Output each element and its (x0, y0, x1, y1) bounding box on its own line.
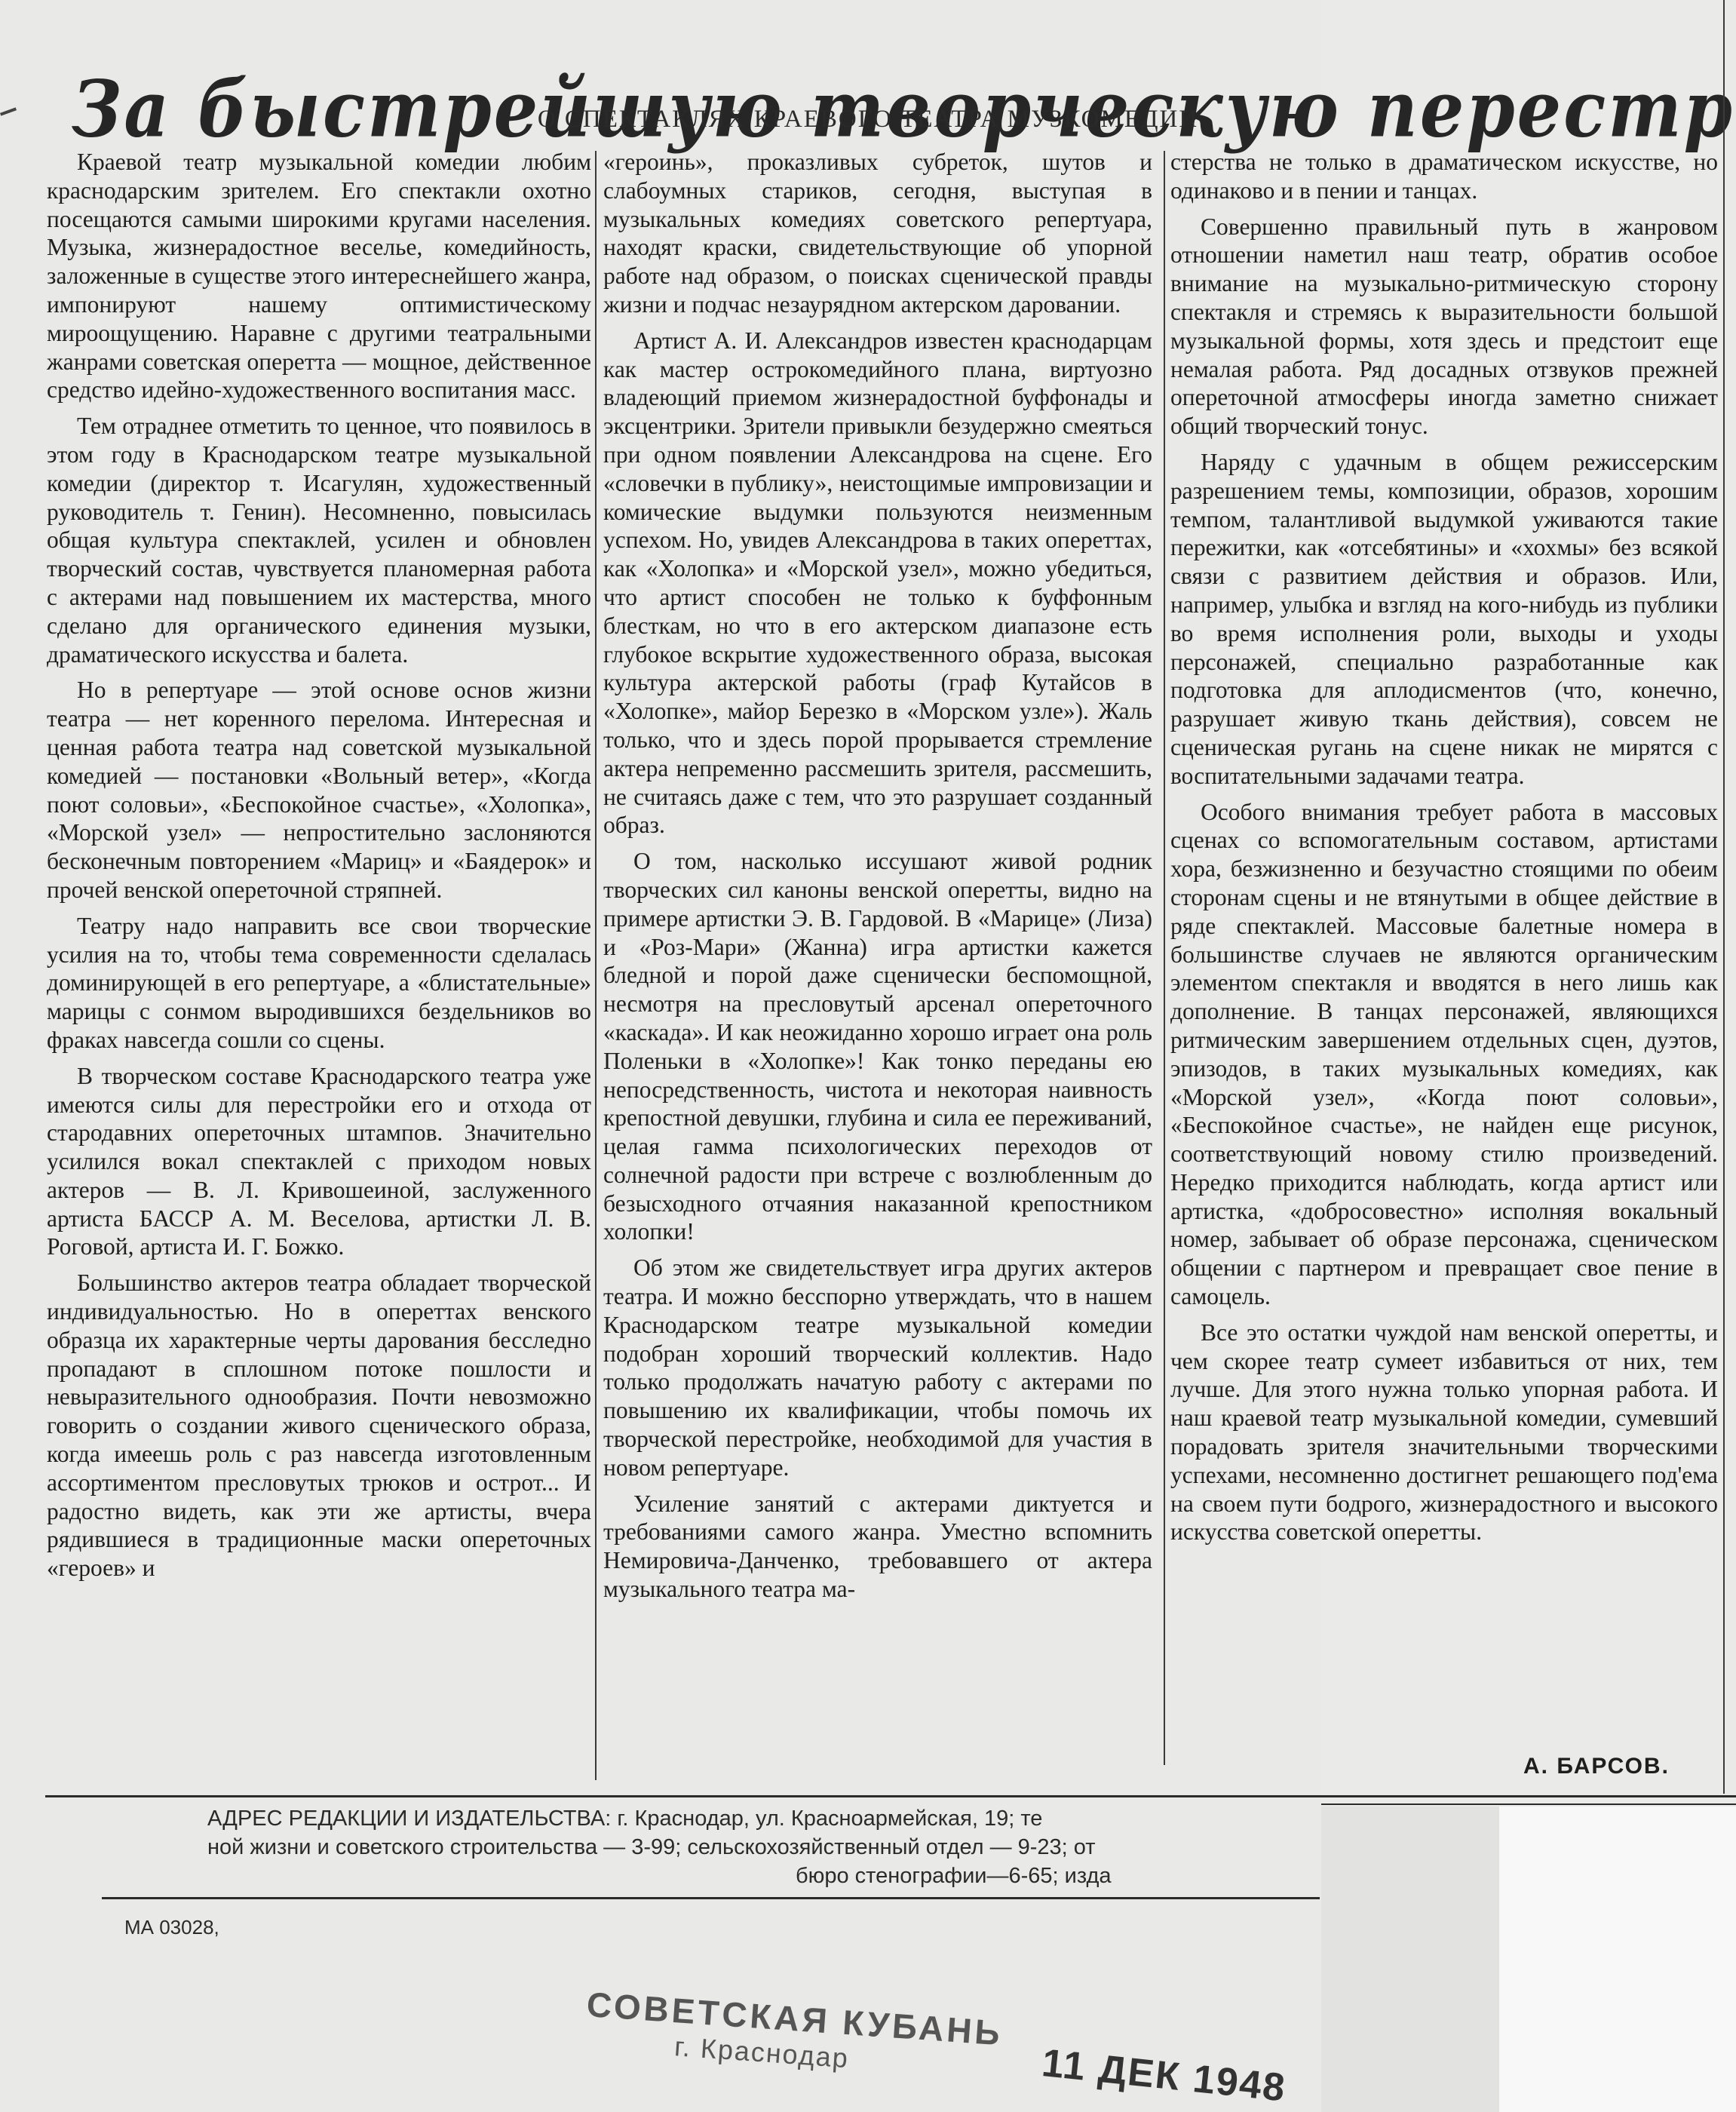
paragraph: О том, насколько иссушают живой родник т… (603, 847, 1152, 1246)
address-line: АДРЕС РЕДАКЦИИ И ИЗДАТЕЛЬСТВА: г. Красно… (207, 1804, 1323, 1833)
paragraph: Краевой театр музыкальной комедии любим … (47, 148, 591, 404)
paragraph: Все это остатки чуждой нам венской опере… (1170, 1318, 1718, 1546)
paragraph: Большинство актеров театра обладает твор… (47, 1269, 591, 1582)
print-code: МА 03028, (124, 1916, 219, 1939)
blank-scan-area (1499, 1807, 1736, 2112)
paragraph: Усиление занятий с актерами диктуется и … (603, 1490, 1152, 1604)
editorial-address: АДРЕС РЕДАКЦИИ И ИЗДАТЕЛЬСТВА: г. Красно… (207, 1804, 1323, 1890)
paragraph: «героинь», проказливых субреток, шутов и… (603, 148, 1152, 319)
footer-top-rule (45, 1795, 1736, 1797)
paragraph: Наряду с удачным в общем режиссерским ра… (1170, 448, 1718, 790)
paper-patch (1321, 1807, 1499, 2112)
article-column-3: стерства не только в драматическом искус… (1170, 148, 1718, 1717)
address-line: ной жизни и советского строительства — 3… (207, 1833, 1323, 1862)
paragraph: Тем отраднее отметить то ценное, что поя… (47, 412, 591, 668)
article-column-2: «героинь», проказливых субреток, шутов и… (603, 148, 1152, 1770)
author-signature: А. БАРСОВ. (1523, 1754, 1670, 1779)
paragraph: Но в репертуаре — этой основе основ жизн… (47, 676, 591, 904)
paragraph: Совершенно правильный путь в жанровом от… (1170, 213, 1718, 441)
footer-bottom-rule (102, 1897, 1320, 1899)
address-line: бюро стенографии—6-65; изда (207, 1862, 1323, 1890)
article-column-1: Краевой театр музыкальной комедии любим … (47, 148, 591, 1770)
article-subheadline: О СПЕКТАКЛЯХ КРАЕВОГО ТЕАТРА МУЗКОМЕДИИ (0, 106, 1736, 134)
paragraph: Театру надо направить все свои творчески… (47, 912, 591, 1054)
footer-top-rule-secondary (1321, 1803, 1736, 1805)
page-right-border (1723, 0, 1725, 1794)
paragraph: В творческом составе Краснодарского теат… (47, 1062, 591, 1262)
paragraph: стерства не только в драматическом искус… (1170, 148, 1718, 205)
paragraph: Особого внимания требует работа в массов… (1170, 798, 1718, 1311)
paragraph: Об этом же свидетельствует игра других а… (603, 1254, 1152, 1481)
column-divider (595, 151, 597, 1780)
column-divider (1164, 151, 1165, 1765)
paragraph: Артист А. И. Александров известен красно… (603, 327, 1152, 840)
